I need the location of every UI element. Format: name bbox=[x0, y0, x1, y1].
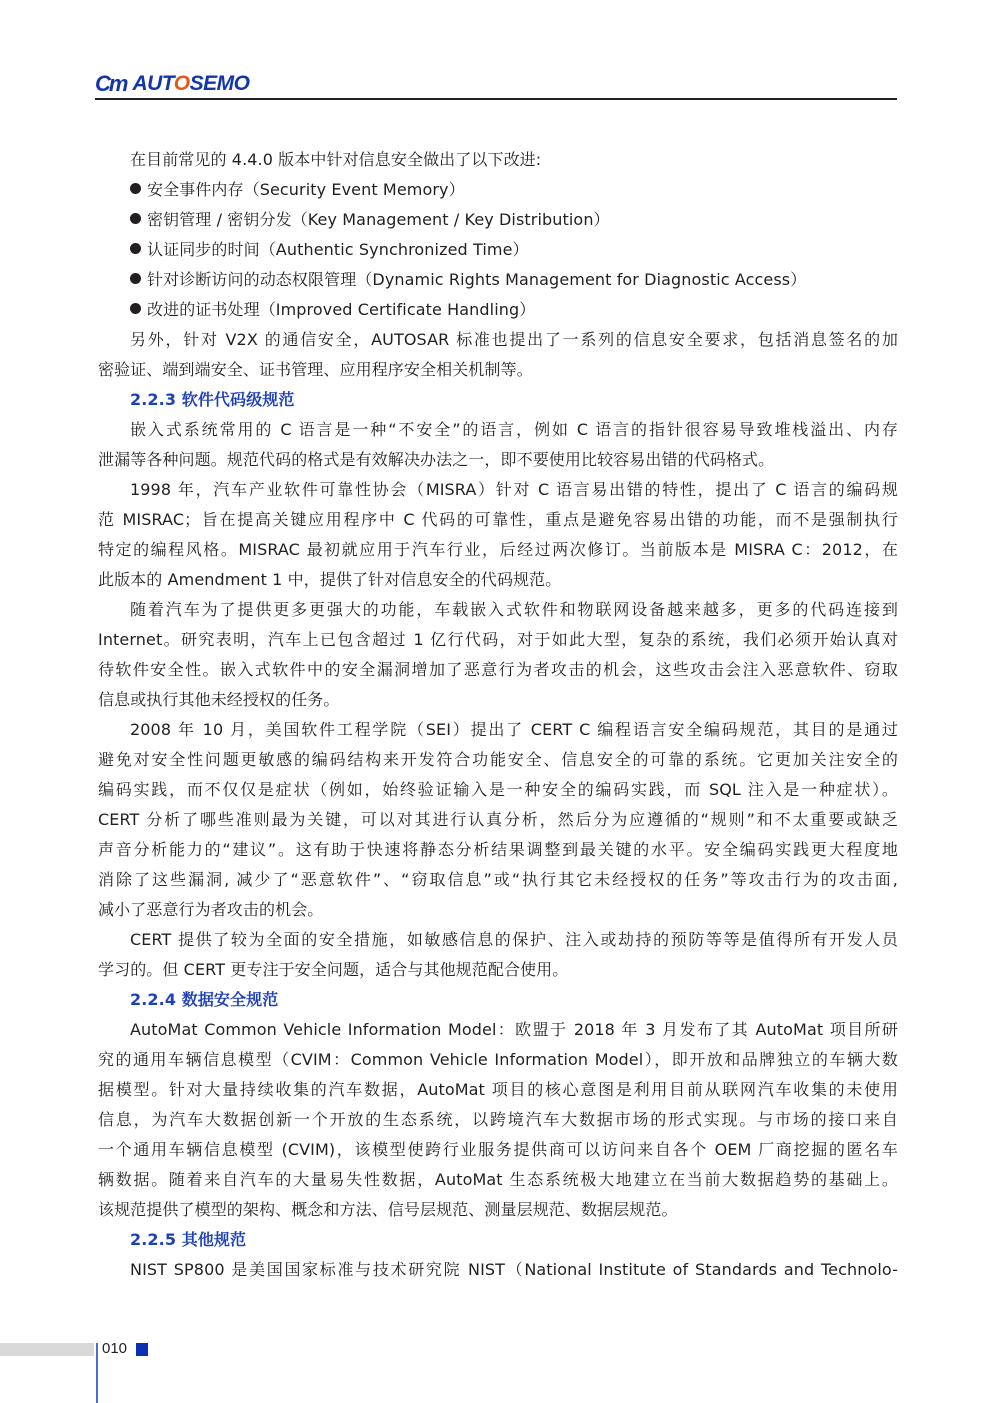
footer-divider bbox=[96, 1343, 98, 1403]
paragraph-line: 该规范提供了模型的架构、概念和方法、信号层规范、测量层规范、数据层规范。 bbox=[98, 1195, 898, 1225]
paragraph-line: 1998 年，汽车产业软件可靠性协会（MISRA）针对 C 语言易出错的特性，提… bbox=[98, 475, 898, 505]
autosemo-logo: Cm AUTOSEMO bbox=[95, 72, 249, 96]
page-header: Cm AUTOSEMO bbox=[95, 72, 897, 98]
paragraph-line: Internet。研究表明，汽车上已包含超过 1 亿行代码，对于如此大型，复杂的… bbox=[98, 625, 898, 655]
paragraph-line: AutoMat Common Vehicle Information Model… bbox=[98, 1015, 898, 1045]
paragraph-line: 待软件安全性。嵌入式软件中的安全漏洞增加了恶意行为者攻击的机会，这些攻击会注入恶… bbox=[98, 655, 898, 685]
page-marker-square-icon bbox=[136, 1343, 148, 1356]
paragraph-line: 声音分析能力的“建议”。这有助于快速将静态分析结果调整到最关键的水平。安全编码实… bbox=[98, 835, 898, 865]
paragraph-line: 避免对安全性问题更敏感的编码结构来开发符合功能安全、信息安全的可靠的系统。它更加… bbox=[98, 745, 898, 775]
bullet-icon bbox=[130, 243, 141, 254]
footer-gray-bar bbox=[0, 1343, 94, 1356]
paragraph-line: CERT 提供了较为全面的安全措施，如敏感信息的保护、注入或劫持的预防等等是值得… bbox=[98, 925, 898, 955]
paragraph-line: 信息或执行其他未经授权的任务。 bbox=[98, 685, 898, 715]
bullet-item: 改进的证书处理（Improved Certificate Handling） bbox=[98, 295, 898, 325]
paragraph-line: 减小了恶意行为者攻击的机会。 bbox=[98, 895, 898, 925]
paragraph-line: 密验证、端到端安全、证书管理、应用程序安全相关机制等。 bbox=[98, 355, 898, 385]
paragraph-line: 辆数据。随着来自汽车的大量易失性数据，AutoMat 生态系统极大地建立在当前大… bbox=[98, 1165, 898, 1195]
paragraph-line: 泄漏等各种问题。规范代码的格式是有效解决办法之一，即不要使用比较容易出错的代码格… bbox=[98, 445, 898, 475]
bullet-icon bbox=[130, 183, 141, 194]
paragraph-line: 一个通用车辆信息模型 (CVIM)，该模型使跨行业服务提供商可以访问来自各个 O… bbox=[98, 1135, 898, 1165]
paragraph-line: 嵌入式系统常用的 C 语言是一种“不安全”的语言，例如 C 语言的指针很容易导致… bbox=[98, 415, 898, 445]
bullet-icon bbox=[130, 303, 141, 314]
bullet-item: 安全事件内存（Security Event Memory） bbox=[98, 175, 898, 205]
page-number: 010 bbox=[102, 1340, 127, 1357]
paragraph-line: 究的通用车辆信息模型（CVIM：Common Vehicle Informati… bbox=[98, 1045, 898, 1075]
paragraph-line: 信息，为汽车大数据创新一个开放的生态系统，以跨境汽车大数据市场的形式实现。与市场… bbox=[98, 1105, 898, 1135]
paragraph-line: 特定的编程风格。MISRAC 最初就应用于汽车行业，后经过两次修订。当前版本是 … bbox=[98, 535, 898, 565]
paragraph-line: 消除了这些漏洞, 减少了“恶意软件”、“窃取信息”或“执行其它未经授权的任务”等… bbox=[98, 865, 898, 895]
section-heading-2-2-4: 2.2.4 数据安全规范 bbox=[98, 985, 898, 1015]
logo-wordmark: AUTOSEMO bbox=[132, 72, 249, 96]
paragraph-line: 随着汽车为了提供更多更强大的功能，车载嵌入式软件和物联网设备越来越多，更多的代码… bbox=[98, 595, 898, 625]
bullet-icon bbox=[130, 273, 141, 284]
paragraph-line: 另外，针对 V2X 的通信安全，AUTOSAR 标准也提出了一系列的信息安全要求… bbox=[98, 325, 898, 355]
bullet-icon bbox=[130, 213, 141, 224]
bullet-item: 密钥管理 / 密钥分发（Key Management / Key Distrib… bbox=[98, 205, 898, 235]
paragraph-line: CERT 分析了哪些准则最为关键，可以对其进行认真分析，然后分为应遵循的“规则”… bbox=[98, 805, 898, 835]
section-heading-2-2-3: 2.2.3 软件代码级规范 bbox=[98, 385, 898, 415]
paragraph-line: 范 MISRAC；旨在提高关键应用程序中 C 代码的可靠性，重点是避免容易出错的… bbox=[98, 505, 898, 535]
paragraph-line: 2008 年 10 月，美国软件工程学院（SEI）提出了 CERT C 编程语言… bbox=[98, 715, 898, 745]
document-body: 在目前常见的 4.4.0 版本中针对信息安全做出了以下改进: 安全事件内存（Se… bbox=[98, 145, 898, 1285]
paragraph-line: 编码实践，而不仅仅是症状（例如，始终验证输入是一种安全的编码实践，而 SQL 注… bbox=[98, 775, 898, 805]
paragraph-line: 学习的。但 CERT 更专注于安全问题，适合与其他规范配合使用。 bbox=[98, 955, 898, 985]
bullet-item: 认证同步的时间（Authentic Synchronized Time） bbox=[98, 235, 898, 265]
bullet-item: 针对诊断访问的动态权限管理（Dynamic Rights Management … bbox=[98, 265, 898, 295]
paragraph-line: 此版本的 Amendment 1 中，提供了针对信息安全的代码规范。 bbox=[98, 565, 898, 595]
logo-mark: Cm bbox=[95, 71, 126, 97]
header-divider bbox=[95, 98, 897, 100]
paragraph-line: 据模型。针对大量持续收集的汽车数据，AutoMat 项目的核心意图是利用目前从联… bbox=[98, 1075, 898, 1105]
section-heading-2-2-5: 2.2.5 其他规范 bbox=[98, 1225, 898, 1255]
intro-text: 在目前常见的 4.4.0 版本中针对信息安全做出了以下改进: bbox=[98, 145, 898, 175]
paragraph-line: NIST SP800 是美国国家标准与技术研究院 NIST（National I… bbox=[98, 1255, 898, 1285]
